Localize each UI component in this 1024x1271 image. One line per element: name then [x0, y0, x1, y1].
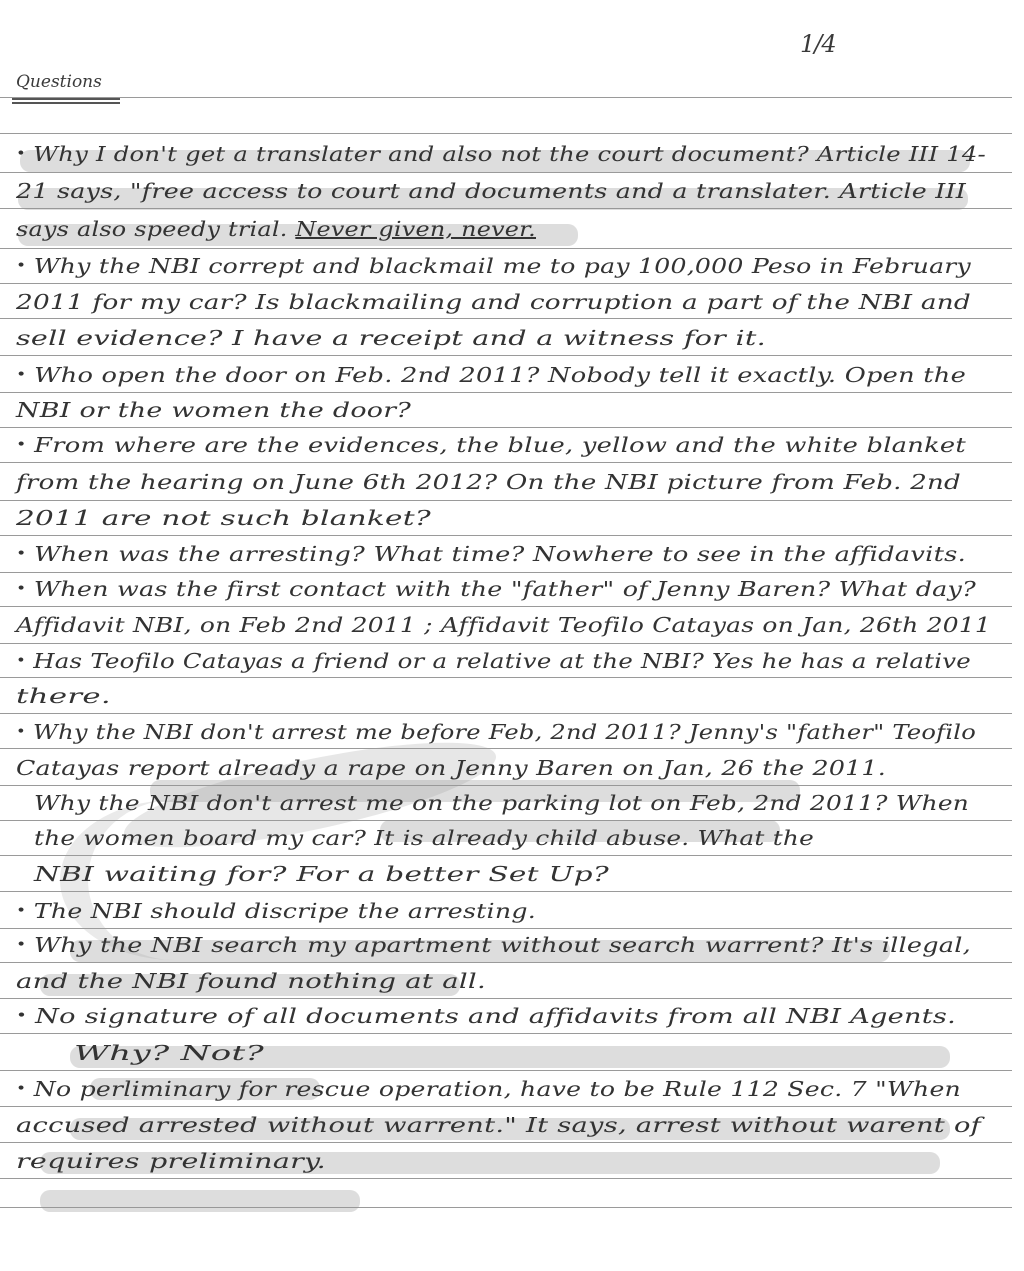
ruled-line	[0, 713, 1012, 714]
line-text: 2011 for my car? Is blackmailing and cor…	[16, 290, 971, 314]
question-item-start: •From where are the evidences, the blue,…	[16, 433, 966, 457]
line-text: From where are the evidences, the blue, …	[34, 433, 966, 457]
ruled-line	[0, 677, 1012, 678]
bullet-icon: •	[16, 367, 27, 383]
line-text: 2011 are not such blanket?	[16, 506, 431, 530]
ruled-line	[0, 355, 1012, 356]
highlight-mark	[40, 1190, 360, 1212]
question-item-continuation: NBI waiting for? For a better Set Up?	[34, 862, 609, 886]
heading-underline	[12, 102, 120, 104]
ruled-line	[0, 572, 1012, 573]
line-text: No perliminary for rescue operation, hav…	[34, 1077, 961, 1101]
page-heading: Questions	[16, 72, 102, 92]
line-text: there.	[16, 684, 111, 708]
question-item-continuation: 2011 for my car? Is blackmailing and cor…	[16, 290, 971, 314]
bullet-icon: •	[16, 146, 26, 162]
line-text: Why? Not?	[74, 1041, 264, 1065]
question-item-continuation: sell evidence? I have a receipt and a wi…	[16, 326, 766, 350]
line-text: NBI or the women the door?	[16, 398, 411, 422]
bullet-icon: •	[16, 1081, 26, 1097]
ruled-line	[0, 427, 1012, 428]
ruled-line	[0, 1033, 1012, 1034]
ruled-line	[0, 500, 1012, 501]
line-text: sell evidence? I have a receipt and a wi…	[16, 326, 766, 350]
question-item-start: •Why the NBI corrept and blackmail me to…	[16, 254, 971, 278]
heading-underline	[12, 98, 120, 100]
ruled-line	[0, 97, 1012, 98]
question-item-start: •No perliminary for rescue operation, ha…	[16, 1077, 961, 1101]
question-item-continuation: 2011 are not such blanket?	[16, 506, 431, 530]
page-number: 1/4	[800, 30, 836, 58]
ruled-line	[0, 172, 1012, 173]
question-item-start: •When was the arresting? What time? Nowh…	[16, 542, 966, 566]
ruled-line	[0, 1106, 1012, 1107]
line-text: No signature of all documents and affida…	[35, 1004, 956, 1028]
line-text: and the NBI found nothing at all.	[16, 969, 486, 993]
question-item-continuation: 21 says, "free access to court and docum…	[16, 179, 966, 203]
line-text: Why the NBI corrept and blackmail me to …	[34, 254, 971, 278]
bullet-icon: •	[16, 937, 27, 953]
ruled-line	[0, 962, 1012, 963]
ruled-line	[0, 1142, 1012, 1143]
ruled-line	[0, 998, 1012, 999]
line-text: Affidavit NBI, on Feb 2nd 2011 ; Affidav…	[16, 613, 991, 637]
ruled-line	[0, 462, 1012, 463]
line-text: 21 says, "free access to court and docum…	[16, 179, 966, 203]
line-text: Has Teofilo Catayas a friend or a relati…	[33, 649, 971, 673]
ruled-line	[0, 643, 1012, 644]
question-item-start: •No signature of all documents and affid…	[16, 1004, 956, 1028]
line-text: the women board my car? It is already ch…	[34, 826, 814, 850]
question-item-continuation: from the hearing on June 6th 2012? On th…	[16, 470, 961, 494]
ruled-line	[0, 248, 1012, 249]
question-item-continuation: Catayas report already a rape on Jenny B…	[16, 756, 886, 780]
line-text: NBI waiting for? For a better Set Up?	[34, 862, 609, 886]
line-text: from the hearing on June 6th 2012? On th…	[16, 470, 961, 494]
line-text: says also speedy trial.	[16, 217, 295, 241]
line-text: When was the arresting? What time? Nowhe…	[34, 542, 966, 566]
bullet-icon: •	[16, 724, 26, 740]
line-text: Why I don't get a translater and also no…	[33, 142, 986, 166]
bullet-icon: •	[16, 903, 26, 919]
underlined-emphasis: Never given, never.	[295, 217, 536, 241]
line-text: requires preliminary.	[16, 1149, 326, 1173]
question-item-continuation: Why? Not?	[74, 1041, 264, 1065]
ruled-line	[0, 318, 1012, 319]
question-item-continuation: says also speedy trial. Never given, nev…	[16, 217, 536, 241]
question-item-start: •When was the first contact with the "fa…	[16, 577, 976, 601]
question-item-continuation: and the NBI found nothing at all.	[16, 969, 486, 993]
line-text: accused arrested without warrent." It sa…	[16, 1113, 981, 1137]
question-item-continuation: there.	[16, 684, 111, 708]
question-item-start: •Why I don't get a translater and also n…	[16, 142, 986, 166]
bullet-icon: •	[16, 1008, 27, 1024]
question-item-start: •Why the NBI don't arrest me before Feb,…	[16, 720, 976, 744]
line-text: Why the NBI search my apartment without …	[34, 933, 971, 957]
ruled-line	[0, 283, 1012, 284]
line-text: Who open the door on Feb. 2nd 2011? Nobo…	[34, 363, 966, 387]
question-item-continuation: NBI or the women the door?	[16, 398, 411, 422]
question-item-continuation: requires preliminary.	[16, 1149, 326, 1173]
ruled-line	[0, 748, 1012, 749]
bullet-icon: •	[16, 546, 27, 562]
question-item-continuation: the women board my car? It is already ch…	[34, 826, 814, 850]
question-item-continuation: Affidavit NBI, on Feb 2nd 2011 ; Affidav…	[16, 613, 991, 637]
ruled-line	[0, 392, 1012, 393]
line-text: Catayas report already a rape on Jenny B…	[16, 756, 886, 780]
question-item-start: •Has Teofilo Catayas a friend or a relat…	[16, 649, 971, 673]
bullet-icon: •	[16, 653, 26, 669]
line-text: Why the NBI don't arrest me on the parki…	[34, 791, 969, 815]
line-text: Why the NBI don't arrest me before Feb, …	[33, 720, 976, 744]
line-text: When was the first contact with the "fat…	[34, 577, 976, 601]
handwritten-page: 1/4 Questions •Why I don't get a transla…	[0, 0, 1024, 1271]
ruled-line	[0, 535, 1012, 536]
bullet-icon: •	[16, 437, 27, 453]
bullet-icon: •	[16, 581, 26, 597]
question-item-start: •Who open the door on Feb. 2nd 2011? Nob…	[16, 363, 966, 387]
ruled-line	[0, 1178, 1012, 1179]
line-text: The NBI should discripe the arresting.	[34, 899, 536, 923]
ruled-line	[0, 606, 1012, 607]
bullet-icon: •	[16, 258, 26, 274]
question-item-start: •Why the NBI search my apartment without…	[16, 933, 971, 957]
question-item-start: •The NBI should discripe the arresting.	[16, 899, 536, 923]
ruled-line	[0, 133, 1012, 134]
question-item-continuation: accused arrested without warrent." It sa…	[16, 1113, 981, 1137]
question-item-continuation: Why the NBI don't arrest me on the parki…	[34, 791, 969, 815]
ruled-line	[0, 1070, 1012, 1071]
